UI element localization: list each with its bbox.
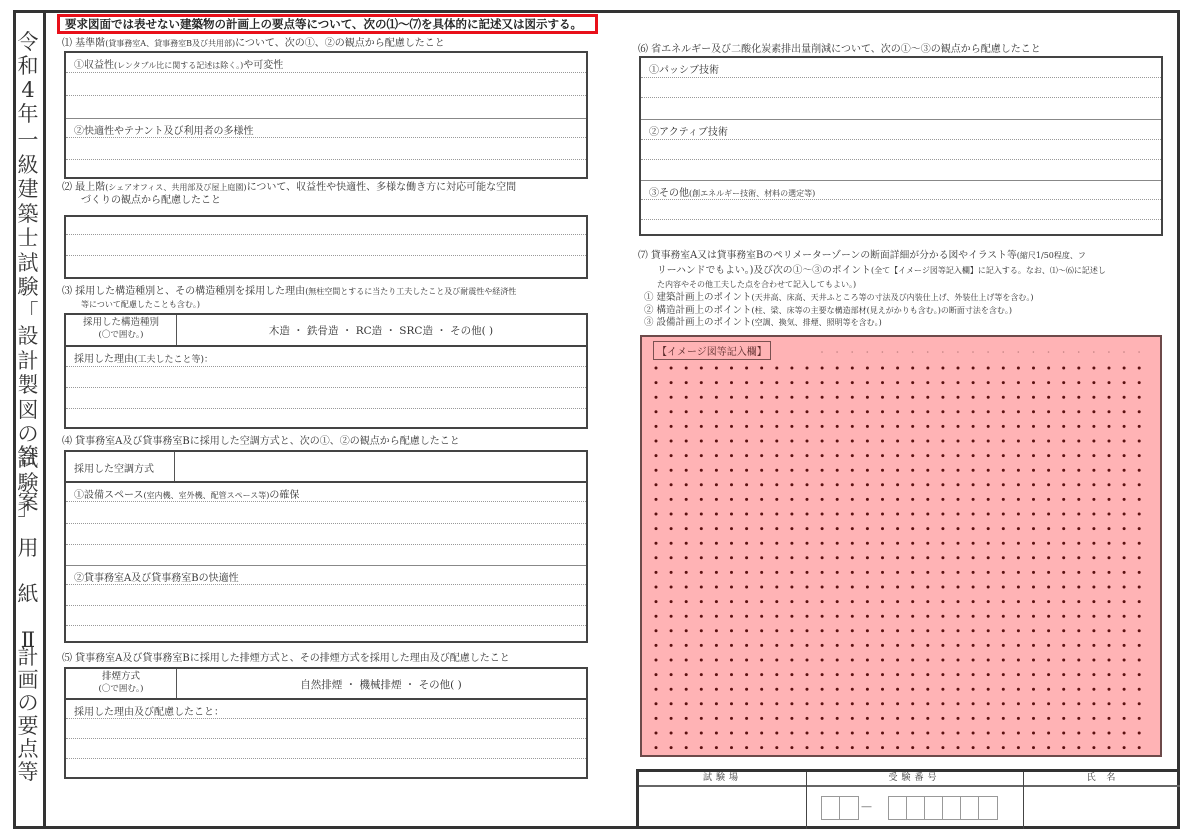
writing-line bbox=[66, 718, 586, 719]
q6-item2-label: ②アクティブ技術 bbox=[649, 123, 728, 138]
q2-heading: ⑵ 最上階(シェアオフィス、共用部及び屋上庭園)について、収益性や快適性、多様な… bbox=[62, 181, 516, 207]
spine-char: 級 bbox=[13, 153, 43, 177]
q7-point-1: ① 建築計画上のポイント(天井高、床高、天井ふところ等の寸法及び内装仕上げ、外装… bbox=[644, 292, 1033, 305]
q3-structure-row: 採用した構造種別 (〇で囲む。) 木造 ・ 鉄骨造 ・ RC造 ・ SRC造 ・… bbox=[66, 315, 586, 345]
q4-section-2[interactable]: ②貸事務室A及び貸事務室Bの快適性 bbox=[66, 565, 586, 644]
venue-field[interactable] bbox=[639, 787, 806, 829]
q1-section-2[interactable]: ②快適性やテナント及び利用者の多様性 bbox=[66, 118, 586, 180]
q6-item3-label: ③その他(創エネルギー技術、材料の選定等) bbox=[649, 184, 815, 199]
q3-structure-options[interactable]: 木造 ・ 鉄骨造 ・ RC造 ・ SRC造 ・ その他( ) bbox=[176, 323, 586, 338]
q1-answer-box: ①収益性(レンタブル比に関する記述は除く。)や可変性 ②快適性やテナント及び利用… bbox=[64, 51, 588, 179]
q5-answer-box: 排煙方式 (〇で囲む。) 自然排煙 ・ 機械排煙 ・ その他( ) 採用した理由… bbox=[64, 667, 588, 779]
q1-heading: ⑴ 基準階(貸事務室A、貸事務室B及び共用部)について、次の①、②の観点から配慮… bbox=[62, 37, 445, 50]
q7-point-3: ③ 設備計画上のポイント(空調、換気、排煙、照明等を含む。) bbox=[644, 317, 1033, 330]
q6-section-3[interactable]: ③その他(創エネルギー技術、材料の選定等) bbox=[641, 180, 1161, 237]
spine-char: 士 bbox=[13, 226, 43, 250]
vertical-title-spine: 令和4年一級建築士試験「設計製図の試験」答案用紙Ⅱ計画の要点等 bbox=[13, 10, 46, 829]
q3-reason-section[interactable]: 採用した理由(工夫したこと等)： bbox=[66, 347, 586, 429]
q1-section-1[interactable]: ①収益性(レンタブル比に関する記述は除く。)や可変性 bbox=[66, 53, 586, 118]
q6-answer-box: ①パッシブ技術 ②アクティブ技術 ③その他(創エネルギー技術、材料の選定等) bbox=[639, 56, 1163, 236]
spine-char: 図 bbox=[13, 398, 43, 422]
spine-char: 等 bbox=[13, 760, 43, 784]
writing-line bbox=[66, 584, 586, 585]
instruction-banner: 要求図面では表せない建築物の計画上の要点等について、次の⑴〜⑺を具体的に記述又は… bbox=[57, 14, 598, 34]
writing-line bbox=[641, 159, 1161, 160]
writing-line bbox=[66, 523, 586, 524]
writing-line bbox=[66, 501, 586, 502]
writing-line bbox=[66, 95, 586, 96]
q6-section-1[interactable]: ①パッシブ技術 bbox=[641, 58, 1161, 119]
spine-char: 建 bbox=[13, 177, 43, 201]
spine-char: 画 bbox=[13, 668, 43, 692]
spine-char: 和 bbox=[13, 54, 43, 78]
q7-points: ① 建築計画上のポイント(天井高、床高、天井ふところ等の寸法及び内装仕上げ、外装… bbox=[644, 292, 1033, 330]
spine-char: 令 bbox=[13, 30, 43, 54]
q4-answer-box: 採用した空調方式 ①設備スペース(室内機、室外機、配管スペース等)の確保 ②貸事… bbox=[64, 450, 588, 643]
writing-line bbox=[641, 219, 1161, 220]
q5-reason-label: 採用した理由及び配慮したこと： bbox=[74, 703, 224, 718]
writing-line bbox=[641, 139, 1161, 140]
spine-char: 設 bbox=[13, 324, 43, 348]
writing-line bbox=[641, 77, 1161, 78]
writing-line bbox=[641, 199, 1161, 200]
writing-line bbox=[66, 738, 586, 739]
spine-char: の bbox=[13, 422, 43, 446]
q4-item1-label: ①設備スペース(室内機、室外機、配管スペース等)の確保 bbox=[74, 486, 299, 501]
image-area-label: 【イメージ図等記入欄】 bbox=[653, 341, 771, 360]
writing-line bbox=[66, 366, 586, 367]
writing-line bbox=[66, 72, 586, 73]
spine-char: 4 bbox=[13, 78, 43, 102]
q6-heading: ⑹ 省エネルギー及び二酸化炭素排出量削減について、次の①〜③の観点から配慮したこ… bbox=[638, 43, 1041, 56]
q1-heading-text: ⑴ 基準階 bbox=[62, 38, 105, 49]
spine-char: 築 bbox=[13, 202, 43, 226]
q1-heading-tail: について、次の①、②の観点から配慮したこと bbox=[235, 38, 445, 49]
q1-heading-note: (貸事務室A、貸事務室B及び共用部) bbox=[105, 39, 235, 48]
q3-answer-box: 採用した構造種別 (〇で囲む。) 木造 ・ 鉄骨造 ・ RC造 ・ SRC造 ・… bbox=[64, 313, 588, 429]
writing-line bbox=[66, 625, 586, 626]
q3-structure-label: 採用した構造種別 (〇で囲む。) bbox=[66, 317, 176, 341]
spine-char: 答 bbox=[13, 444, 43, 468]
q4-heading: ⑷ 貸事務室A及び貸事務室Bに採用した空調方式と、次の①、②の観点から配慮したこ… bbox=[62, 435, 460, 448]
writing-line bbox=[66, 408, 586, 409]
spine-char: 試 bbox=[13, 251, 43, 275]
writing-line bbox=[641, 97, 1161, 98]
spine-char: 「 bbox=[13, 300, 43, 324]
spine-char: 紙 bbox=[13, 582, 43, 606]
spine-char: 験 bbox=[13, 275, 43, 299]
name-label: 氏 名 bbox=[1023, 772, 1183, 785]
spine-char: の bbox=[13, 691, 43, 715]
writing-line bbox=[66, 234, 586, 235]
q7-heading: ⑺ 貸事務室A又は貸事務室Bのペリメーターゾーンの断面詳細が分かる図やイラスト等… bbox=[638, 249, 1106, 293]
q1-item1-label: ①収益性(レンタブル比に関する記述は除く。)や可変性 bbox=[74, 56, 283, 71]
candidate-info-table: 試験場 受験番号 氏 名 — bbox=[636, 769, 1180, 829]
q4-section-1[interactable]: ①設備スペース(室内機、室外機、配管スペース等)の確保 bbox=[66, 483, 586, 565]
name-field[interactable] bbox=[1025, 787, 1181, 829]
q3-heading: ⑶ 採用した構造種別と、その構造種別を採用した理由(無柱空間とするに当たり工夫し… bbox=[62, 285, 516, 311]
q5-smoke-row: 排煙方式 (〇で囲む。) 自然排煙 ・ 機械排煙 ・ その他( ) bbox=[66, 669, 586, 698]
q4-system-row: 採用した空調方式 bbox=[66, 452, 586, 481]
spine-char: 用 bbox=[13, 536, 43, 560]
venue-label: 試験場 bbox=[639, 772, 806, 785]
exam-number-label: 受験番号 bbox=[806, 772, 1023, 785]
spine-char: 計 bbox=[13, 645, 43, 669]
image-drawing-area[interactable]: 【イメージ図等記入欄】 bbox=[640, 335, 1162, 757]
spine-char: 点 bbox=[13, 737, 43, 761]
q5-smoke-options[interactable]: 自然排煙 ・ 機械排煙 ・ その他( ) bbox=[176, 677, 586, 692]
writing-line bbox=[66, 159, 586, 160]
q4-system-input[interactable] bbox=[176, 452, 586, 481]
spine-char: 案 bbox=[13, 490, 43, 514]
q4-item2-label: ②貸事務室A及び貸事務室Bの快適性 bbox=[74, 569, 239, 584]
divider bbox=[174, 452, 175, 481]
exam-number-separator: — bbox=[861, 800, 872, 813]
q2-answer-box[interactable] bbox=[64, 215, 588, 279]
writing-line bbox=[66, 605, 586, 606]
spine-char: 計 bbox=[13, 349, 43, 373]
writing-line bbox=[66, 758, 586, 759]
q3-reason-label: 採用した理由(工夫したこと等)： bbox=[74, 350, 213, 365]
spine-char: 年 bbox=[13, 102, 43, 126]
q5-heading: ⑸ 貸事務室A及び貸事務室Bに採用した排煙方式と、その排煙方式を採用した理由及び… bbox=[62, 652, 510, 665]
spine-char: 一 bbox=[13, 128, 43, 152]
spine-char: 製 bbox=[13, 373, 43, 397]
writing-line bbox=[66, 387, 586, 388]
dot-grid bbox=[642, 337, 1160, 755]
q1-item2-label: ②快適性やテナント及び利用者の多様性 bbox=[74, 122, 254, 137]
q7-point-2: ② 構造計画上のポイント(柱、梁、床等の主要な構造部材(見えがかりも含む。)の断… bbox=[644, 305, 1033, 318]
q5-reason-section[interactable]: 採用した理由及び配慮したこと： bbox=[66, 700, 586, 779]
spine-char: 要 bbox=[13, 714, 43, 738]
writing-line bbox=[66, 255, 586, 256]
writing-line bbox=[66, 137, 586, 138]
writing-line bbox=[66, 544, 586, 545]
exam-number-prefix-boxes[interactable] bbox=[821, 796, 859, 820]
q5-smoke-label: 排煙方式 (〇で囲む。) bbox=[66, 671, 176, 695]
exam-number-main-boxes[interactable] bbox=[888, 796, 998, 820]
q6-item1-label: ①パッシブ技術 bbox=[649, 61, 719, 76]
q6-section-2[interactable]: ②アクティブ技術 bbox=[641, 119, 1161, 181]
q4-system-label: 採用した空調方式 bbox=[74, 460, 154, 475]
